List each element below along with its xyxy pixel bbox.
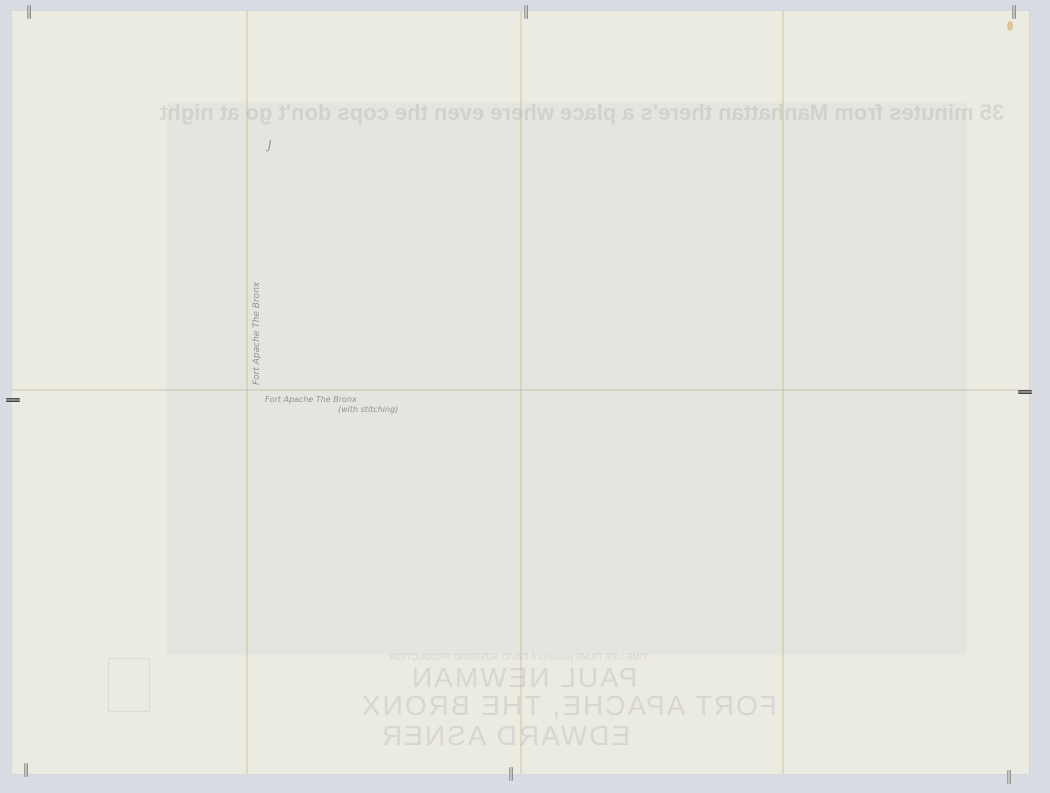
show-through-presenter: TIME-LIFE FILMS presents A DAVID SUSSKIN… <box>390 652 648 662</box>
printed-image-area <box>167 103 967 655</box>
pencil-note: (with stitching) <box>338 405 398 414</box>
pin-icon <box>6 398 20 402</box>
pencil-mark: J <box>268 138 272 152</box>
rating-box <box>108 658 150 712</box>
pin-icon <box>1007 770 1011 784</box>
stain <box>1007 21 1013 31</box>
pin-icon <box>1012 5 1016 19</box>
pin-icon <box>1018 390 1032 394</box>
pin-icon <box>524 5 528 19</box>
show-through-title: FORT APACHE, THE BRONX <box>360 690 777 722</box>
pin-icon <box>509 767 513 781</box>
show-through-costar: EDWARD ASNER <box>380 720 630 752</box>
show-through-tagline: 35 minutes from Manhattan there's a plac… <box>160 100 1004 126</box>
pin-icon <box>24 763 28 777</box>
fold-line-horizontal <box>12 389 1029 391</box>
pin-icon <box>27 5 31 19</box>
pencil-note-vertical: Fort Apache The Bronx <box>252 282 262 385</box>
pencil-note: Fort Apache The Bronx <box>265 395 357 404</box>
